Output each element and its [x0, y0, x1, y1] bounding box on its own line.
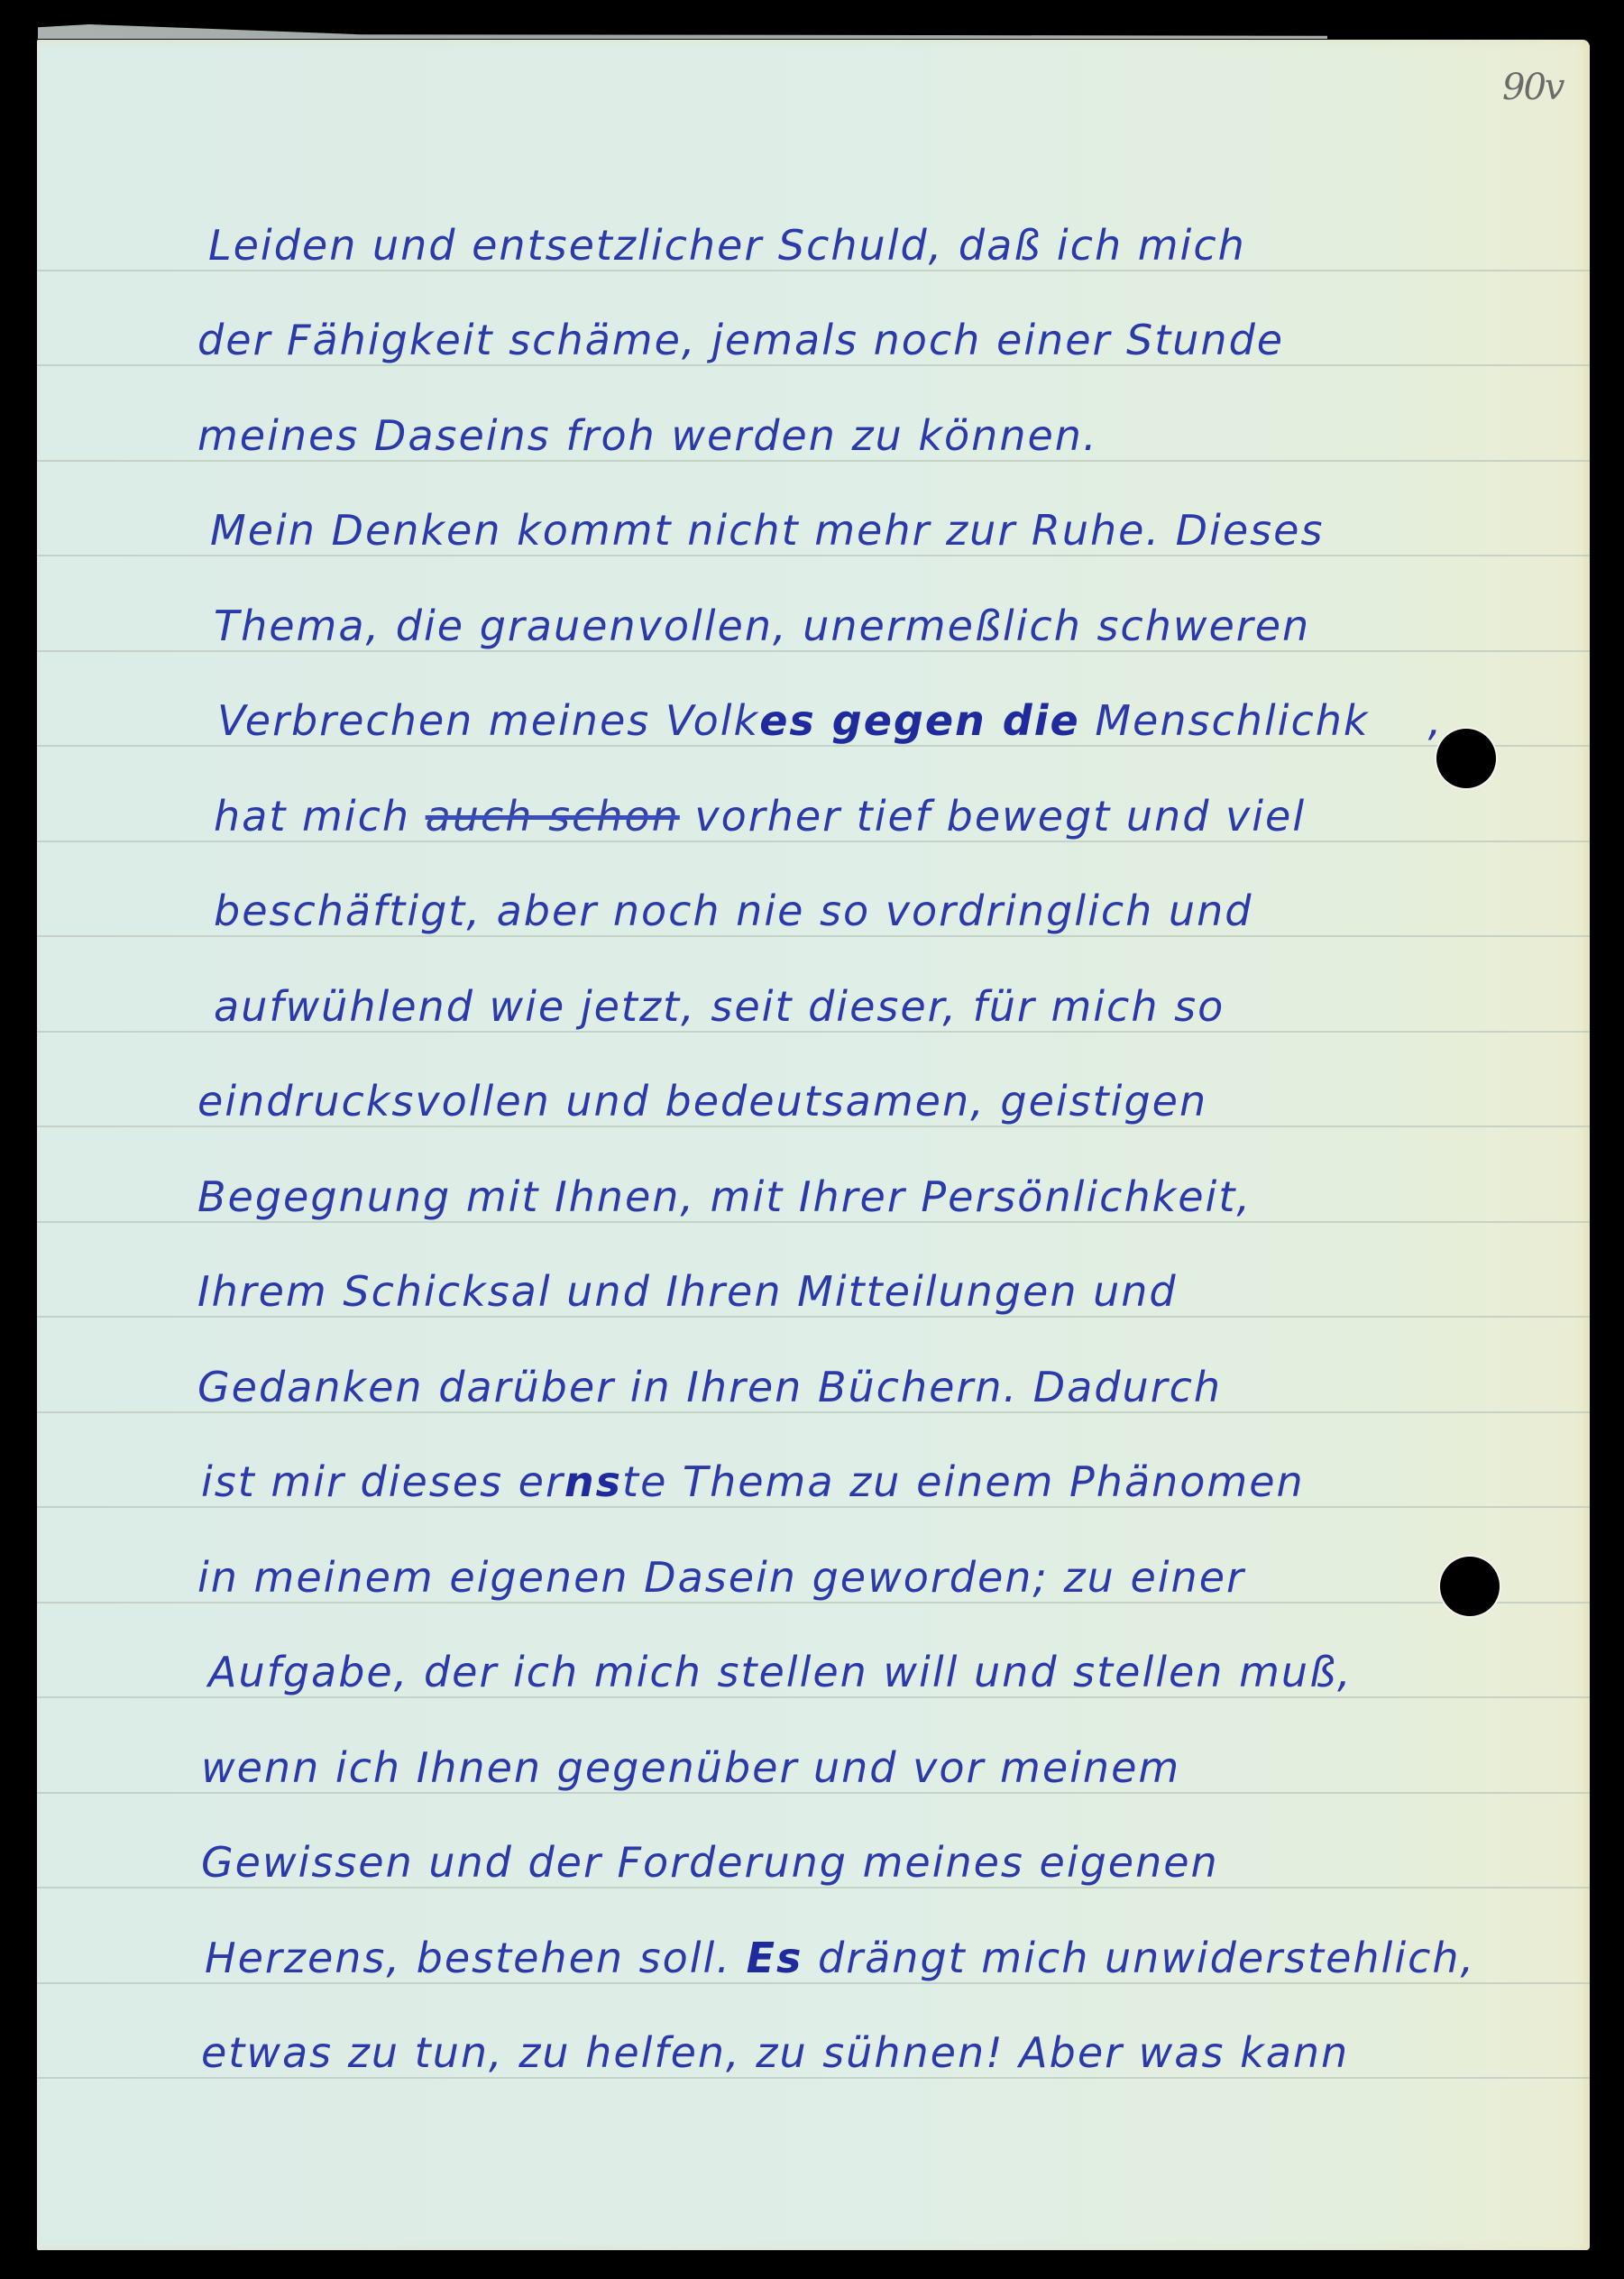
text-segment: Herzens, bestehen soll.: [205, 1934, 747, 1982]
text-segment: hat mich: [214, 792, 426, 841]
text-line-10: eindrucksvollen und bedeutsamen, geistig…: [197, 1080, 1207, 1122]
ruled-line: [37, 1316, 1590, 1318]
text-segment: drängt mich unwiderstehlich,: [803, 1934, 1475, 1982]
ruled-line: [37, 841, 1590, 842]
text-line-11: Begegnung mit Ihnen, mit Ihrer Persönlic…: [197, 1176, 1252, 1218]
text-line-5: Thema, die grauenvollen, unermeßlich sch…: [214, 605, 1310, 647]
ruled-line: [37, 2077, 1590, 2079]
text-line-2: der Fähigkeit schäme, jemals noch einer …: [197, 319, 1284, 361]
punch-hole: [1436, 729, 1496, 788]
text-line-18: Gewissen und der Forderung meines eigene…: [201, 1842, 1219, 1883]
ruled-line: [37, 1982, 1590, 1984]
ruled-line: [37, 1221, 1590, 1223]
text-line-14: ist mir dieses ernste Thema zu einem Phä…: [201, 1461, 1305, 1502]
text-line-19: Herzens, bestehen soll. Es drängt mich u…: [205, 1937, 1475, 1979]
ruled-line: [37, 1031, 1590, 1033]
overwritten-text: es gegen die: [759, 696, 1080, 745]
text-segment: Menschlichk: [1080, 696, 1370, 745]
text-line-16: Aufgabe, der ich mich stellen will und s…: [208, 1651, 1353, 1693]
ruled-line: [37, 555, 1590, 556]
struck-through-text: auch schon: [426, 792, 680, 841]
text-segment: te Thema zu einem Phänomen: [622, 1457, 1305, 1506]
text-line-6: Verbrechen meines Volkes gegen die Mensc…: [217, 700, 1443, 741]
ruled-line: [37, 745, 1590, 747]
ruled-line: [37, 1602, 1590, 1604]
overwritten-text: ns: [564, 1457, 622, 1506]
text-segment: Verbrechen meines Volk: [217, 696, 759, 745]
ruled-line: [37, 1696, 1590, 1698]
text-segment: vorher tief bewegt und viel: [680, 792, 1306, 841]
text-line-1: Leiden und entsetzlicher Schuld, daß ich…: [208, 225, 1246, 266]
text-line-17: wenn ich Ihnen gegenüber und vor meinem: [201, 1747, 1180, 1788]
text-line-9: aufwühlend wie jetzt, seit dieser, für m…: [214, 986, 1225, 1027]
ruled-line: [37, 1411, 1590, 1413]
ruled-line: [37, 650, 1590, 652]
text-line-3: meines Daseins froh werden zu können.: [197, 415, 1098, 456]
ruled-line: [37, 935, 1590, 937]
letter-page: 90v Leiden und entsetzlicher Schuld, daß…: [37, 40, 1590, 2250]
text-line-13: Gedanken darüber in Ihren Büchern. Dadur…: [197, 1366, 1222, 1408]
page-number: 90v: [1502, 67, 1564, 108]
text-segment: ,: [1428, 696, 1444, 745]
overwritten-text: Es: [747, 1934, 803, 1982]
text-line-8: beschäftigt, aber noch nie so vordringli…: [214, 890, 1252, 932]
ruled-line: [37, 460, 1590, 462]
text-segment: ist mir dieses er: [201, 1457, 564, 1506]
text-hidden-by-hole: eit: [1370, 696, 1428, 745]
ruled-line: [37, 1126, 1590, 1127]
text-line-7: hat mich auch schon vorher tief bewegt u…: [214, 795, 1306, 837]
ruled-line: [37, 270, 1590, 271]
ruled-line: [37, 1792, 1590, 1794]
text-line-12: Ihrem Schicksal und Ihren Mitteilungen u…: [197, 1271, 1178, 1312]
text-line-20: etwas zu tun, zu helfen, zu sühnen! Aber…: [201, 2032, 1349, 2073]
ruled-line: [37, 1887, 1590, 1888]
torn-paper-strip: [38, 24, 1327, 39]
punch-hole: [1440, 1557, 1500, 1616]
ruled-line: [37, 364, 1590, 366]
text-line-4: Mein Denken kommt nicht mehr zur Ruhe. D…: [210, 510, 1324, 551]
text-line-15: in meinem eigenen Dasein geworden; zu ei…: [197, 1557, 1245, 1598]
ruled-line: [37, 1506, 1590, 1508]
